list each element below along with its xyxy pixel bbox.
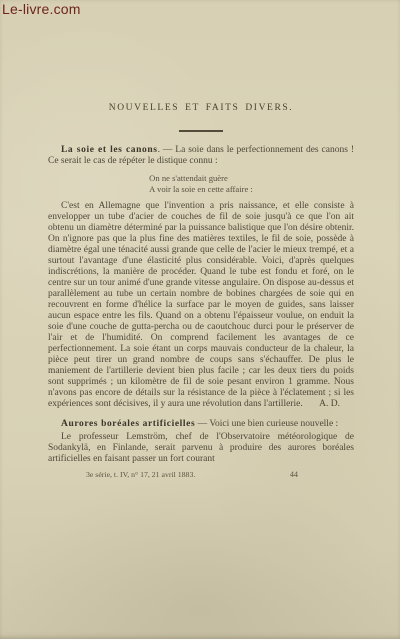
verse-line-1: On ne s'attendait guère: [149, 173, 253, 184]
verse-block: On ne s'attendait guère A voir la soie e…: [149, 173, 253, 194]
article-aurora-body-text: Le professeur Lemström, chef de l'Observ…: [48, 432, 354, 464]
article-silk-body-text: C'est en Allemagne que l'invention a pri…: [48, 201, 354, 409]
verse-line-2: A voir la soie en cette affaire :: [149, 184, 253, 195]
article-silk-lead: La soie et les canons. — La soie dans le…: [48, 145, 354, 167]
watermark: Le-livre.com: [2, 1, 81, 17]
page-content: NOUVELLES ET FAITS DIVERS. La soie et le…: [48, 103, 354, 479]
page-header-title: NOUVELLES ET FAITS DIVERS.: [48, 103, 354, 113]
article-silk-signature: A. D.: [306, 399, 354, 410]
article-aurora-title: Aurores boréales artificielles: [61, 419, 195, 429]
article-aurora-body: Le professeur Lemström, chef de l'Observ…: [48, 432, 354, 465]
article-aurora-lead: Aurores boréales artificielles — Voici u…: [48, 419, 354, 430]
page-footer: 3e série, t. IV, n° 17, 21 avril 1883. 4…: [48, 470, 354, 479]
footer-imprint: 3e série, t. IV, n° 17, 21 avril 1883.: [86, 470, 195, 479]
section-divider: [179, 130, 223, 132]
article-silk-title: La soie et les canons: [61, 145, 158, 155]
article-silk-body: C'est en Allemagne que l'invention a pri…: [48, 201, 354, 410]
page-number: 44: [290, 470, 298, 479]
scanned-page: Le-livre.com NOUVELLES ET FAITS DIVERS. …: [0, 0, 400, 639]
article-aurora-lead-text: — Voici une bien curieuse nouvelle :: [195, 419, 338, 429]
